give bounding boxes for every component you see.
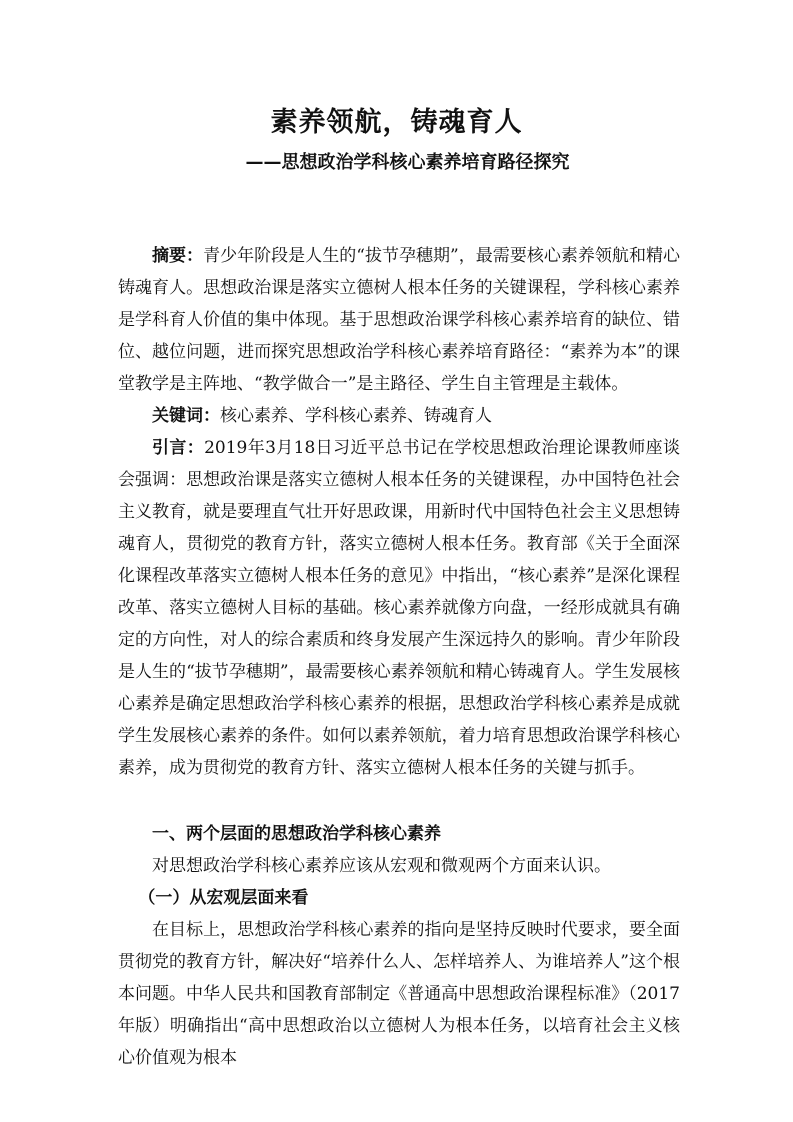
subsection-paragraph: 在目标上，思想政治学科核心素养的指向是坚持反映时代要求，要全面贯彻党的教育方针，…	[118, 914, 680, 1074]
document-title: 素养领航，铸魂育人	[0, 100, 793, 139]
keywords-text: 核心素养、学科核心素养、铸魂育人	[220, 406, 492, 426]
section-intro: 对思想政治学科核心素养应该从宏观和微观两个方面来认识。	[118, 850, 680, 882]
document-page: 素养领航，铸魂育人 ——思想政治学科核心素养培育路径探究 摘要：青少年阶段是人生…	[0, 0, 793, 1122]
introduction-label: 引言：	[152, 438, 204, 458]
abstract-label: 摘要：	[152, 246, 203, 266]
abstract-text: 青少年阶段是人生的“拔节孕穗期”，最需要核心素养领航和精心铸魂育人。思想政治课是…	[118, 246, 680, 394]
introduction-paragraph: 引言：2019年3月18日习近平总书记在学校思想政治理论课教师座谈会强调：思想政…	[118, 432, 680, 784]
keywords-label: 关键词：	[152, 406, 220, 426]
abstract-paragraph: 摘要：青少年阶段是人生的“拔节孕穗期”，最需要核心素养领航和精心铸魂育人。思想政…	[118, 240, 680, 400]
section-heading: 一、两个层面的思想政治学科核心素养	[118, 818, 680, 850]
keywords-paragraph: 关键词：核心素养、学科核心素养、铸魂育人	[118, 400, 680, 432]
document-subtitle: ——思想政治学科核心素养培育路径探究	[0, 148, 793, 174]
introduction-text: 2019年3月18日习近平总书记在学校思想政治理论课教师座谈会强调：思想政治课是…	[118, 438, 680, 778]
subsection-heading: （一）从宏观层面来看	[118, 882, 680, 914]
document-body: 摘要：青少年阶段是人生的“拔节孕穗期”，最需要核心素养领航和精心铸魂育人。思想政…	[118, 240, 680, 1074]
section-gap	[118, 784, 680, 818]
